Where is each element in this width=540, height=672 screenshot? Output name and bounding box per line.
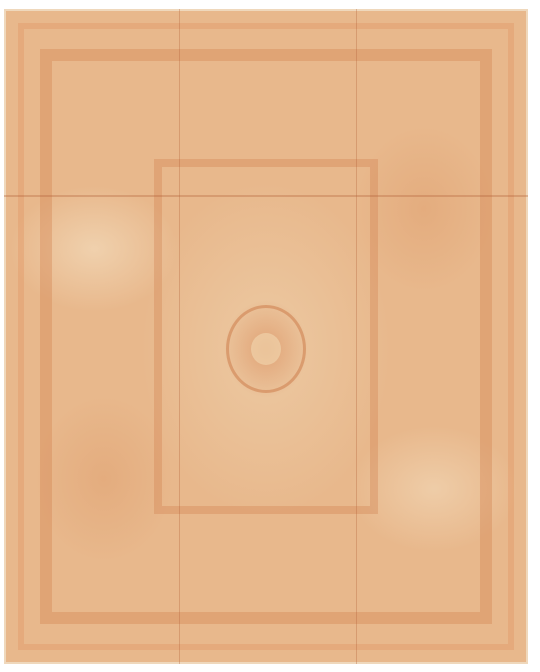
fold-line-horizontal (4, 195, 528, 197)
rug-photo (4, 9, 528, 664)
fold-line-vertical-left (179, 9, 180, 664)
medallion-core (251, 333, 281, 365)
fold-line-vertical-right (356, 9, 357, 664)
